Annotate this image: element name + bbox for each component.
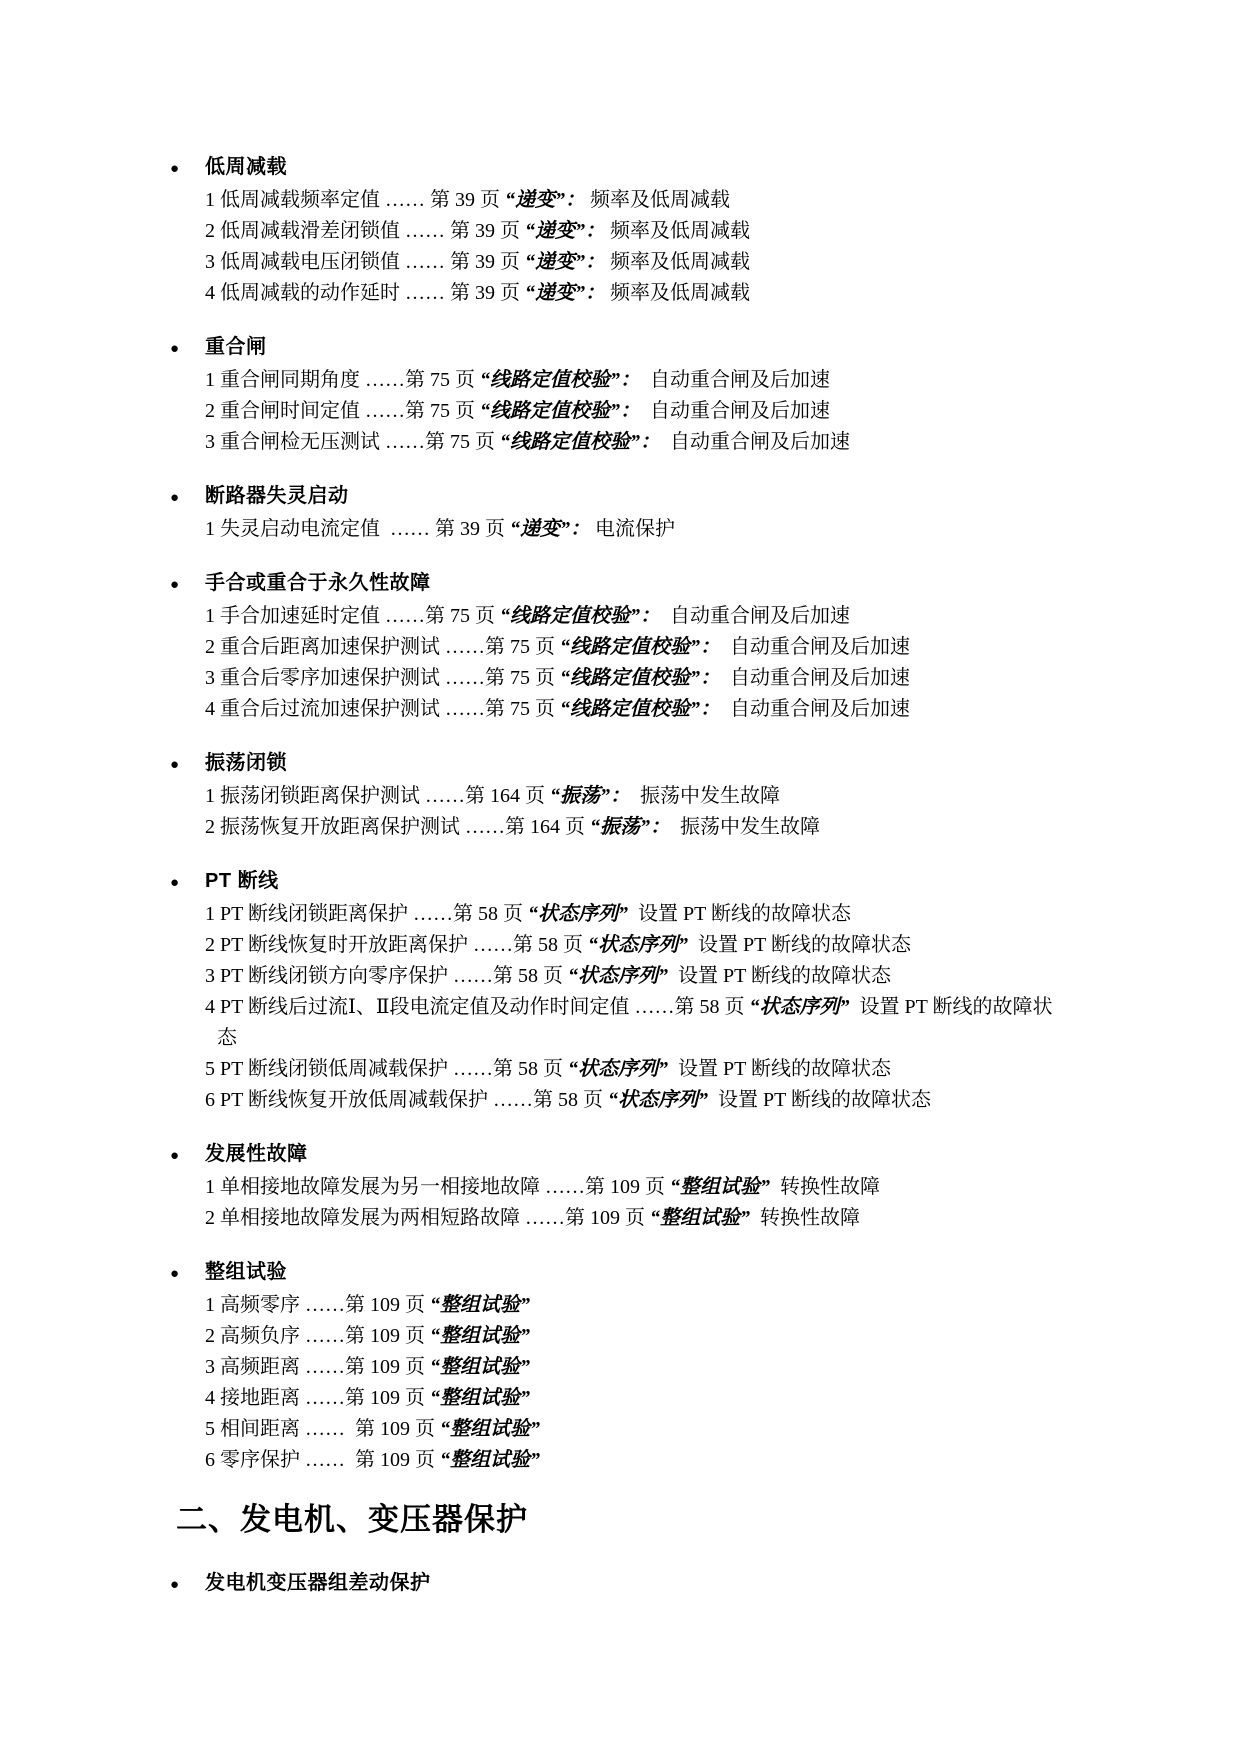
toc-item: 3 PT 断线闭锁方向零序保护 ……第 58 页 “状态序列” 设置 PT 断线…	[205, 961, 1063, 992]
section-title: 低周减载	[205, 152, 287, 183]
section-title: 振荡闭锁	[205, 748, 287, 779]
toc-section: ●振荡闭锁1 振荡闭锁距离保护测试 ……第 164 页 “振荡”： 振荡中发生故…	[170, 748, 1240, 843]
section-items: 1 高频零序 ……第 109 页 “整组试验”2 高频负序 ……第 109 页 …	[205, 1290, 1063, 1476]
toc-item: 3 低周减载电压闭锁值 …… 第 39 页 “递变”： 频率及低周减载	[205, 247, 1063, 278]
toc-item: 4 低周减载的动作延时 …… 第 39 页 “递变”： 频率及低周减载	[205, 278, 1063, 309]
item-text: 2 低周减载滑差闭锁值 …… 第 39 页	[205, 220, 525, 242]
item-description: 自动重合闸及后加速	[720, 667, 910, 689]
toc-item: 4 重合后过流加速保护测试 ……第 75 页 “线路定值校验”： 自动重合闸及后…	[205, 694, 1063, 725]
bullet-icon: ●	[170, 1141, 205, 1172]
toc-item: 1 单相接地故障发展为另一相接地故障 ……第 109 页 “整组试验” 转换性故…	[205, 1172, 1063, 1203]
item-description: 电流保护	[590, 518, 675, 540]
item-description: 设置 PT 断线的故障状态	[688, 934, 911, 956]
item-description: 自动重合闸及后加速	[640, 369, 830, 391]
item-text: 2 PT 断线恢复时开放距离保护 ……第 58 页	[205, 934, 588, 956]
item-text: 3 低周减载电压闭锁值 …… 第 39 页	[205, 251, 525, 273]
item-reference-name: “整组试验”	[430, 1356, 530, 1378]
item-description: 设置 PT 断线的故障状态	[628, 903, 851, 925]
item-text: 4 接地距离 ……第 109 页	[205, 1387, 430, 1409]
item-text: 2 振荡恢复开放距离保护测试 ……第 164 页	[205, 816, 590, 838]
toc-item: 2 振荡恢复开放距离保护测试 ……第 164 页 “振荡”： 振荡中发生故障	[205, 812, 1063, 843]
item-description: 自动重合闸及后加速	[660, 605, 850, 627]
item-text: 4 低周减载的动作延时 …… 第 39 页	[205, 282, 525, 304]
item-reference-name: “振荡”：	[590, 816, 670, 838]
item-description: 转换性故障	[770, 1176, 880, 1198]
section-header: ●发电机变压器组差动保护	[170, 1568, 1240, 1601]
toc-item: 2 高频负序 ……第 109 页 “整组试验”	[205, 1321, 1063, 1352]
item-description: 转换性故障	[750, 1207, 860, 1229]
toc-item: 6 PT 断线恢复开放低周减载保护 ……第 58 页 “状态序列” 设置 PT …	[205, 1085, 1063, 1116]
item-reference-name: “状态序列”	[588, 934, 688, 956]
item-text: 3 PT 断线闭锁方向零序保护 ……第 58 页	[205, 965, 568, 987]
toc-item: 2 单相接地故障发展为两相短路故障 ……第 109 页 “整组试验” 转换性故障	[205, 1203, 1063, 1234]
section-header: ●低周减载	[170, 152, 1240, 185]
item-reference-name: “整组试验”	[430, 1387, 530, 1409]
item-reference-name: “状态序列”	[528, 903, 628, 925]
toc-item: 2 低周减载滑差闭锁值 …… 第 39 页 “递变”： 频率及低周减载	[205, 216, 1063, 247]
item-reference-name: “状态序列”	[568, 965, 668, 987]
toc-item: 1 振荡闭锁距离保护测试 ……第 164 页 “振荡”： 振荡中发生故障	[205, 781, 1063, 812]
item-reference-name: “整组试验”	[440, 1449, 540, 1471]
section-items: 1 单相接地故障发展为另一相接地故障 ……第 109 页 “整组试验” 转换性故…	[205, 1172, 1063, 1234]
toc-item: 1 手合加速延时定值 ……第 75 页 “线路定值校验”： 自动重合闸及后加速	[205, 601, 1063, 632]
item-text: 5 相间距离 …… 第 109 页	[205, 1418, 440, 1440]
section-items: 1 振荡闭锁距离保护测试 ……第 164 页 “振荡”： 振荡中发生故障2 振荡…	[205, 781, 1063, 843]
section-header: ●重合闸	[170, 332, 1240, 365]
section-title: 发展性故障	[205, 1139, 308, 1170]
item-description: 设置 PT 断线的故障状态	[668, 1058, 891, 1080]
item-reference-name: “整组试验”	[440, 1418, 540, 1440]
item-description: 频率及低周减载	[605, 282, 750, 304]
item-text: 2 重合闸时间定值 ……第 75 页	[205, 400, 480, 422]
toc-section: ●手合或重合于永久性故障1 手合加速延时定值 ……第 75 页 “线路定值校验”…	[170, 568, 1240, 725]
item-description: 设置 PT 断线的故障状态	[708, 1089, 931, 1111]
item-reference-name: “递变”：	[525, 251, 605, 273]
item-reference-name: “递变”：	[510, 518, 590, 540]
section-items: 1 失灵启动电流定值 …… 第 39 页 “递变”： 电流保护	[205, 514, 1063, 545]
toc-section: ●发展性故障1 单相接地故障发展为另一相接地故障 ……第 109 页 “整组试验…	[170, 1139, 1240, 1234]
item-text: 2 重合后距离加速保护测试 ……第 75 页	[205, 636, 560, 658]
item-text: 1 单相接地故障发展为另一相接地故障 ……第 109 页	[205, 1176, 670, 1198]
toc-item: 3 重合后零序加速保护测试 ……第 75 页 “线路定值校验”： 自动重合闸及后…	[205, 663, 1063, 694]
item-reference-name: “整组试验”	[670, 1176, 770, 1198]
item-reference-name: “整组试验”	[430, 1325, 530, 1347]
bullet-icon: ●	[170, 750, 205, 781]
item-description: 频率及低周减载	[605, 251, 750, 273]
toc-item: 1 低周减载频率定值 …… 第 39 页 “递变”： 频率及低周减载	[205, 185, 1063, 216]
item-text: 2 高频负序 ……第 109 页	[205, 1325, 430, 1347]
item-text: 1 失灵启动电流定值 …… 第 39 页	[205, 518, 510, 540]
toc-item: 1 高频零序 ……第 109 页 “整组试验”	[205, 1290, 1063, 1321]
item-text: 2 单相接地故障发展为两相短路故障 ……第 109 页	[205, 1207, 650, 1229]
item-text: 3 重合闸检无压测试 ……第 75 页	[205, 431, 500, 453]
item-text: 1 低周减载频率定值 …… 第 39 页	[205, 189, 505, 211]
part1-sections: ●低周减载1 低周减载频率定值 …… 第 39 页 “递变”： 频率及低周减载2…	[170, 152, 1240, 1476]
item-text: 1 PT 断线闭锁距离保护 ……第 58 页	[205, 903, 528, 925]
section-title: 断路器失灵启动	[205, 481, 349, 512]
section-title: 整组试验	[205, 1257, 287, 1288]
toc-item: 4 接地距离 ……第 109 页 “整组试验”	[205, 1383, 1063, 1414]
item-reference-name: “递变”：	[525, 282, 605, 304]
item-reference-name: “递变”：	[505, 189, 585, 211]
bullet-icon: ●	[170, 483, 205, 514]
item-description: 振荡中发生故障	[670, 816, 820, 838]
item-text: 5 PT 断线闭锁低周减载保护 ……第 58 页	[205, 1058, 568, 1080]
toc-section: ●整组试验1 高频零序 ……第 109 页 “整组试验”2 高频负序 ……第 1…	[170, 1257, 1240, 1476]
section-title: PT 断线	[205, 866, 279, 897]
section-items: 1 手合加速延时定值 ……第 75 页 “线路定值校验”： 自动重合闸及后加速2…	[205, 601, 1063, 725]
toc-item: 3 高频距离 ……第 109 页 “整组试验”	[205, 1352, 1063, 1383]
item-description: 频率及低周减载	[585, 189, 730, 211]
section-header: ●断路器失灵启动	[170, 481, 1240, 514]
toc-section: ●断路器失灵启动1 失灵启动电流定值 …… 第 39 页 “递变”： 电流保护	[170, 481, 1240, 545]
item-reference-name: “线路定值校验”：	[500, 605, 660, 627]
item-text: 4 PT 断线后过流Ⅰ、Ⅱ段电流定值及动作时间定值 ……第 58 页	[205, 996, 749, 1018]
item-text: 1 重合闸同期角度 ……第 75 页	[205, 369, 480, 391]
item-reference-name: “振荡”：	[550, 785, 630, 807]
toc-item: 1 失灵启动电流定值 …… 第 39 页 “递变”： 电流保护	[205, 514, 1063, 545]
item-description: 自动重合闸及后加速	[660, 431, 850, 453]
item-text: 6 零序保护 …… 第 109 页	[205, 1449, 440, 1471]
bullet-icon: ●	[170, 154, 205, 185]
toc-item: 4 PT 断线后过流Ⅰ、Ⅱ段电流定值及动作时间定值 ……第 58 页 “状态序列…	[205, 992, 1063, 1054]
item-text: 3 重合后零序加速保护测试 ……第 75 页	[205, 667, 560, 689]
bullet-icon: ●	[170, 1570, 205, 1601]
item-text: 4 重合后过流加速保护测试 ……第 75 页	[205, 698, 560, 720]
item-text: 3 高频距离 ……第 109 页	[205, 1356, 430, 1378]
item-description: 自动重合闸及后加速	[720, 636, 910, 658]
item-reference-name: “线路定值校验”：	[480, 369, 640, 391]
item-description: 振荡中发生故障	[630, 785, 780, 807]
item-reference-name: “线路定值校验”：	[480, 400, 640, 422]
toc-item: 6 零序保护 …… 第 109 页 “整组试验”	[205, 1445, 1063, 1476]
item-reference-name: “线路定值校验”：	[560, 636, 720, 658]
toc-section: ●低周减载1 低周减载频率定值 …… 第 39 页 “递变”： 频率及低周减载2…	[170, 152, 1240, 309]
item-description: 设置 PT 断线的故障状态	[668, 965, 891, 987]
section-header: ●整组试验	[170, 1257, 1240, 1290]
item-text: 1 高频零序 ……第 109 页	[205, 1294, 430, 1316]
section-items: 1 PT 断线闭锁距离保护 ……第 58 页 “状态序列” 设置 PT 断线的故…	[205, 899, 1063, 1116]
section-title: 手合或重合于永久性故障	[205, 568, 431, 599]
bullet-icon: ●	[170, 570, 205, 601]
item-reference-name: “线路定值校验”：	[500, 431, 660, 453]
item-reference-name: “整组试验”	[430, 1294, 530, 1316]
toc-content: ●低周减载1 低周减载频率定值 …… 第 39 页 “递变”： 频率及低周减载2…	[0, 0, 1240, 1601]
bullet-icon: ●	[170, 868, 205, 899]
bullet-icon: ●	[170, 334, 205, 365]
item-text: 6 PT 断线恢复开放低周减载保护 ……第 58 页	[205, 1089, 608, 1111]
part2-sections: ●发电机变压器组差动保护	[170, 1568, 1240, 1601]
item-reference-name: “整组试验”	[650, 1207, 750, 1229]
toc-item: 1 PT 断线闭锁距离保护 ……第 58 页 “状态序列” 设置 PT 断线的故…	[205, 899, 1063, 930]
item-text: 1 手合加速延时定值 ……第 75 页	[205, 605, 500, 627]
toc-item: 2 重合后距离加速保护测试 ……第 75 页 “线路定值校验”： 自动重合闸及后…	[205, 632, 1063, 663]
toc-item: 1 重合闸同期角度 ……第 75 页 “线路定值校验”： 自动重合闸及后加速	[205, 365, 1063, 396]
item-reference-name: “状态序列”	[749, 996, 849, 1018]
item-reference-name: “递变”：	[525, 220, 605, 242]
item-description: 自动重合闸及后加速	[720, 698, 910, 720]
section-title: 重合闸	[205, 332, 267, 363]
item-text: 1 振荡闭锁距离保护测试 ……第 164 页	[205, 785, 550, 807]
section-items: 1 低周减载频率定值 …… 第 39 页 “递变”： 频率及低周减载2 低周减载…	[205, 185, 1063, 309]
toc-item: 2 重合闸时间定值 ……第 75 页 “线路定值校验”： 自动重合闸及后加速	[205, 396, 1063, 427]
section-header: ●发展性故障	[170, 1139, 1240, 1172]
toc-item: 5 相间距离 …… 第 109 页 “整组试验”	[205, 1414, 1063, 1445]
toc-item: 3 重合闸检无压测试 ……第 75 页 “线路定值校验”： 自动重合闸及后加速	[205, 427, 1063, 458]
item-reference-name: “状态序列”	[608, 1089, 708, 1111]
section-header: ●手合或重合于永久性故障	[170, 568, 1240, 601]
item-description: 自动重合闸及后加速	[640, 400, 830, 422]
section-items: 1 重合闸同期角度 ……第 75 页 “线路定值校验”： 自动重合闸及后加速2 …	[205, 365, 1063, 458]
section-title: 发电机变压器组差动保护	[205, 1568, 431, 1599]
section-header: ●PT 断线	[170, 866, 1240, 899]
item-reference-name: “线路定值校验”：	[560, 667, 720, 689]
document-page: ●低周减载1 低周减载频率定值 …… 第 39 页 “递变”： 频率及低周减载2…	[0, 0, 1240, 1755]
section-header: ●振荡闭锁	[170, 748, 1240, 781]
part2-heading: 二、发电机、变压器保护	[176, 1499, 1240, 1541]
bullet-icon: ●	[170, 1259, 205, 1290]
item-reference-name: “状态序列”	[568, 1058, 668, 1080]
item-description: 频率及低周减载	[605, 220, 750, 242]
toc-section: ●PT 断线1 PT 断线闭锁距离保护 ……第 58 页 “状态序列” 设置 P…	[170, 866, 1240, 1116]
toc-section: ●重合闸1 重合闸同期角度 ……第 75 页 “线路定值校验”： 自动重合闸及后…	[170, 332, 1240, 458]
item-reference-name: “线路定值校验”：	[560, 698, 720, 720]
toc-item: 5 PT 断线闭锁低周减载保护 ……第 58 页 “状态序列” 设置 PT 断线…	[205, 1054, 1063, 1085]
toc-item: 2 PT 断线恢复时开放距离保护 ……第 58 页 “状态序列” 设置 PT 断…	[205, 930, 1063, 961]
toc-section: ●发电机变压器组差动保护	[170, 1568, 1240, 1601]
